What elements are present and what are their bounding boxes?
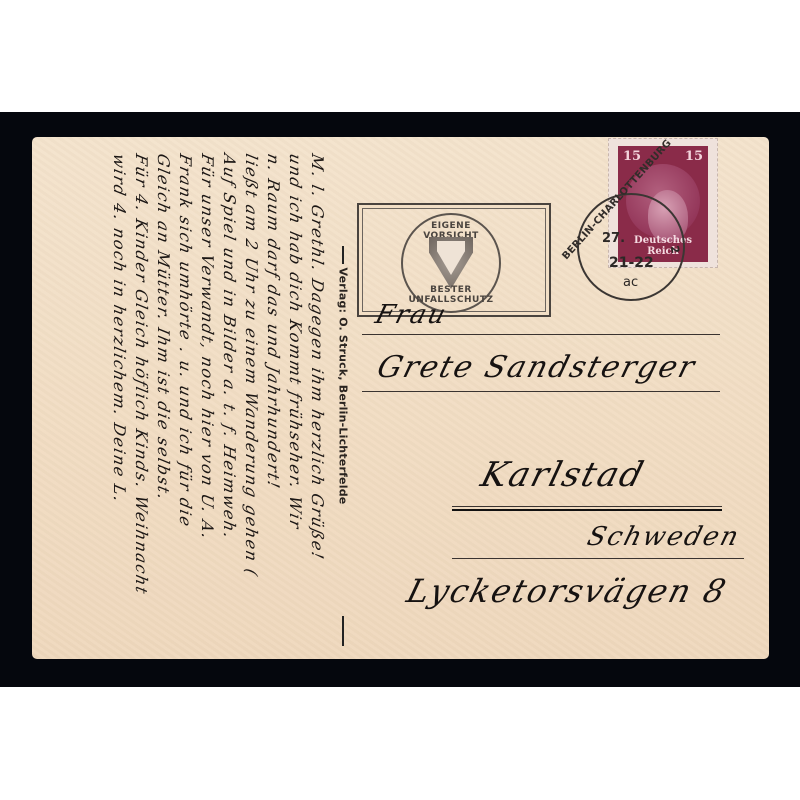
message-line: Auf Spiel und in Bilder a. t. f. Heimweh… bbox=[218, 140, 240, 655]
stamp-value-left: 15 bbox=[623, 149, 641, 164]
message-line: wird 4. noch in herzlichem. Deine L. bbox=[108, 140, 130, 655]
divider-line bbox=[342, 246, 344, 264]
message-line: Gleich an Mütter. Ihm ist die selbst. bbox=[152, 140, 174, 655]
message-line: Für unser Verwandt, noch hier von U. A. bbox=[196, 140, 218, 655]
message-line: Frank sich umhörte . u. und ich für die bbox=[174, 140, 196, 655]
message-line: und ich hab dich Kommt frühseher. Wir bbox=[284, 140, 306, 655]
postmark-date: 27. bbox=[602, 231, 625, 246]
address-rule bbox=[362, 391, 720, 392]
message-line: Für 4. Kinder Gleich höflich Kinds. Weih… bbox=[130, 140, 152, 655]
address-country: Schweden bbox=[584, 522, 744, 552]
handwritten-message: M. l. Grethl. Dagegen ihm herzlich Grüße… bbox=[38, 140, 328, 655]
postmark-code: ac bbox=[623, 275, 638, 290]
postmark-time: 21-22 bbox=[609, 255, 654, 271]
address-salutation: Frau bbox=[372, 300, 451, 330]
slogan-ring: EIGENE VORSICHT BESTER UNFALLSCHUTZ bbox=[401, 213, 501, 313]
postmark-office-number: 2 bbox=[668, 245, 682, 255]
message-line: ließt am 2 Uhr zu einem Wanderung gehen … bbox=[240, 140, 262, 655]
divider-line bbox=[342, 616, 344, 646]
shield-icon bbox=[429, 237, 473, 289]
publisher-imprint: Verlag: O. Struck, Berlin-Lichterfelde bbox=[333, 246, 353, 646]
message-line: M. l. Grethl. Dagegen ihm herzlich Grüße… bbox=[306, 140, 328, 655]
address-street: Lycketorsvägen 8 bbox=[403, 572, 732, 610]
address-rule bbox=[362, 334, 720, 335]
stamp-value-right: 15 bbox=[685, 149, 703, 164]
address-rule bbox=[452, 558, 744, 559]
circular-postmark: BERLIN-CHARLOTTENBURG 27. 21-22 ac 2 bbox=[577, 193, 685, 301]
address-city: Karlstad bbox=[477, 455, 650, 495]
publisher-text: Verlag: O. Struck, Berlin-Lichterfelde bbox=[337, 268, 350, 628]
address-rule bbox=[452, 506, 722, 507]
address-name: Grete Sandsterger bbox=[373, 350, 700, 385]
address-rule-bold bbox=[452, 509, 722, 511]
message-line: n. Raum darf das und Jahrhundert! bbox=[262, 140, 284, 655]
